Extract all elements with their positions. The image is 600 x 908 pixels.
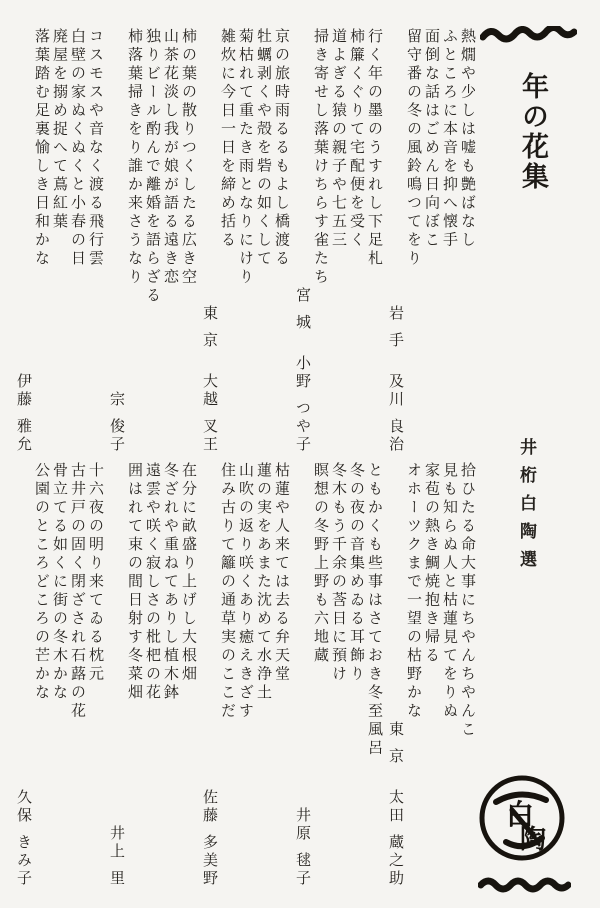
haiku-text: 公園のところどころの芒かな [32, 462, 50, 703]
haiku-text: 柿の葉の散りつくしたる広き空 [179, 28, 197, 287]
haiku-column: 白壁の家ぬくぬくと小春の日 [68, 28, 86, 456]
haiku-text: 牡蠣剥くや殻を砦の如くして [254, 28, 272, 269]
author-prefecture: 宮城 [294, 287, 310, 341]
haiku-text: 京の旅時雨るるもよし橋渡る [272, 28, 290, 269]
haiku-text: 冬の夜の音集めゐる耳飾り [347, 462, 365, 684]
haiku-column: 柿の葉の散りつくしたる広き空 [179, 28, 197, 456]
haiku-text: オホーツクまで一望の枯野かな [404, 462, 422, 721]
author-family-name: 及川 [387, 373, 403, 409]
haiku-column: 柿落葉掃きをり誰か来さうなり [125, 28, 143, 456]
haiku-text: ともかくも些事はさておき冬至風呂 [365, 462, 383, 758]
haiku-column: 行く年の墨のうすれし下足札 [365, 28, 383, 456]
haiku-column: 冬ざれや重ねてありし植木鉢 [161, 462, 179, 890]
haiku-column: 山茶花淡し我が娘が語る遠き恋 [161, 28, 179, 456]
haiku-column: 十六夜の明り来てゐる枕元 [86, 462, 104, 890]
seal-character-bottom: 陶 [520, 825, 546, 854]
haiku-text: 見も知らぬ人と枯蓮見てをりぬ [440, 462, 458, 721]
author-name: 宗俊子 [107, 391, 125, 456]
haiku-column: 瞑想の冬野上野も六地蔵 [311, 462, 329, 890]
author-column: 宮城小野つや子 [293, 28, 311, 456]
haiku-column: 冬の夜の音集めゐる耳飾り [347, 462, 365, 890]
haiku-band-bottom: 拾ひたる命大事にちやんちやんこ見も知らぬ人と枯蓮見てをりぬ家苞の熱き鯛焼抱き帰る… [10, 462, 476, 890]
author-family-name: 大越 [201, 373, 217, 409]
author-name: 久保きみ子 [14, 789, 32, 890]
author-given-name: きみ子 [15, 834, 31, 888]
haiku-text: 家苞の熱き鯛焼抱き帰る [422, 462, 440, 666]
haiku-text: 菊枯れて重たき雨となりにけり [236, 28, 254, 287]
haiku-text: 留守番の冬の風鈴鳴つてをり [404, 28, 422, 269]
author-name: 東京太田蔵之助 [386, 721, 404, 890]
haiku-text: 柿落葉掃きをり誰か来さうなり [125, 28, 143, 287]
haiku-column: 古井戸の固く閉ざされ石蕗の花 [68, 462, 86, 890]
haiku-text: 掃き寄せし落葉けちらす雀たち [311, 28, 329, 287]
haiku-text: 遠雲や咲く寂しさの枇杷の花 [143, 462, 161, 703]
haiku-column: 骨立てる如くに街の冬木かな [50, 462, 68, 890]
haiku-column: コスモスや音なく渡る飛行雲 [86, 28, 104, 456]
author-name: 井上里 [107, 825, 125, 890]
haiku-text: 道よぎる猿の親子や七五三 [329, 28, 347, 250]
magazine-page: 年の花集 井桁白陶選 白 陶 熱燗や少しは嘘も艶ばなしふところに本音を抑へ懐手面… [0, 0, 600, 908]
poet-group: 枯蓮や人来ては去る弁天堂蓮の実をあまた沈めて水浄土山吹の返り咲くあり癒えきざす住… [197, 462, 290, 890]
haiku-text: 在分に畝盛り上げし大根畑 [179, 462, 197, 684]
haiku-text: 冬ざれや重ねてありし植木鉢 [161, 462, 179, 703]
author-column: 東京太田蔵之助 [386, 462, 404, 890]
haiku-column: 冬木もう千余の莟日に預け [329, 462, 347, 890]
haiku-column: ともかくも些事はさておき冬至風呂 [365, 462, 383, 890]
author-family-name: 久保 [15, 789, 31, 825]
author-name: 東京大越叉王 [200, 305, 218, 456]
author-family-name: 伊藤 [15, 373, 31, 409]
author-given-name: 叉王 [201, 418, 217, 454]
haiku-column: 京の旅時雨るるもよし橋渡る [272, 28, 290, 456]
author-column: 井原毬子 [293, 462, 311, 890]
haiku-text: 独りビール酌んで離婚を語らざる [143, 28, 161, 306]
poet-group: 柿の葉の散りつくしたる広き空山茶花淡し我が娘が語る遠き恋独りビール酌んで離婚を語… [104, 28, 197, 456]
haiku-column: 遠雲や咲く寂しさの枇杷の花 [143, 462, 161, 890]
poet-group: 拾ひたる命大事にちやんちやんこ見も知らぬ人と枯蓮見てをりぬ家苞の熱き鯛焼抱き帰る… [383, 462, 476, 890]
haiku-column: 掃き寄せし落葉けちらす雀たち [311, 28, 329, 456]
haiku-text: 十六夜の明り来てゐる枕元 [86, 462, 104, 684]
author-column: 久保きみ子 [14, 462, 32, 890]
haiku-column: 面倒な話はごめん日向ぼこ [422, 28, 440, 456]
haiku-text: ふところに本音を抑へ懐手 [440, 28, 458, 250]
haiku-text: 古井戸の固く閉ざされ石蕗の花 [68, 462, 86, 721]
selector-name: 井桁白陶選 [514, 438, 539, 578]
haiku-text: 山茶花淡し我が娘が語る遠き恋 [161, 28, 179, 287]
haiku-column: 囲はれて束の間日射す冬菜畑 [125, 462, 143, 890]
haiku-text: 冬木もう千余の莟日に預け [329, 462, 347, 684]
haiku-text: 面倒な話はごめん日向ぼこ [422, 28, 440, 250]
author-family-name: 井上 [108, 825, 124, 861]
author-family-name: 佐藤 [201, 789, 217, 825]
haiku-column: 熱燗や少しは嘘も艶ばなし [458, 28, 476, 456]
haiku-text: 拾ひたる命大事にちやんちやんこ [458, 462, 476, 740]
haiku-column: 在分に畝盛り上げし大根畑 [179, 462, 197, 890]
haiku-column: 見も知らぬ人と枯蓮見てをりぬ [440, 462, 458, 890]
author-family-name: 太田 [387, 789, 403, 825]
haiku-column: 住み古りて籬の通草実のここだ [218, 462, 236, 890]
author-given-name: 俊子 [108, 418, 124, 454]
author-family-name: 宗 [108, 391, 124, 409]
haiku-column: 山吹の返り咲くあり癒えきざす [236, 462, 254, 890]
title-rail: 年の花集 井桁白陶選 白 陶 [478, 0, 600, 908]
bottom-wave-icon [478, 876, 571, 894]
author-given-name: 里 [108, 870, 124, 888]
haiku-column: 拾ひたる命大事にちやんちやんこ [458, 462, 476, 890]
haiku-text: 白壁の家ぬくぬくと小春の日 [68, 28, 86, 269]
author-given-name: 蔵之助 [387, 834, 403, 888]
haiku-text: 行く年の墨のうすれし下足札 [365, 28, 383, 269]
haiku-column: ふところに本音を抑へ懐手 [440, 28, 458, 456]
author-given-name: 毬子 [294, 852, 310, 888]
author-given-name: 雅允 [15, 418, 31, 454]
haiku-text: 山吹の返り咲くあり癒えきざす [236, 462, 254, 721]
author-column: 宗俊子 [107, 28, 125, 456]
haiku-column: 雑炊に今日一日を締め括る [218, 28, 236, 456]
page-title: 年の花集 [514, 72, 553, 192]
haiku-column: 蓮の実をあまた沈めて水浄土 [254, 462, 272, 890]
haiku-column: 落葉踏む足裏愉しき日和かな [32, 28, 50, 456]
author-name: 佐藤多美野 [200, 789, 218, 890]
haiku-text: 囲はれて束の間日射す冬菜畑 [125, 462, 143, 703]
author-prefecture: 岩手 [387, 305, 403, 359]
haiku-column: 柿簾くぐりて宅配便を受く [347, 28, 365, 456]
poet-group: ともかくも些事はさておき冬至風呂冬の夜の音集めゐる耳飾り冬木もう千余の莟日に預け… [290, 462, 383, 890]
haiku-column: 道よぎる猿の親子や七五三 [329, 28, 347, 456]
author-column: 伊藤雅允 [14, 28, 32, 456]
haiku-text: 雑炊に今日一日を締め括る [218, 28, 236, 250]
haiku-text: 住み古りて籬の通草実のここだ [218, 462, 236, 721]
author-column: 東京大越叉王 [200, 28, 218, 456]
poet-group: コスモスや音なく渡る飛行雲白壁の家ぬくぬくと小春の日廃屋を搦め捉へて蔦紅葉落葉踏… [11, 28, 104, 456]
author-given-name: つや子 [294, 400, 310, 454]
author-family-name: 小野 [294, 355, 310, 391]
author-name: 岩手及川良治 [386, 305, 404, 456]
haiku-text: 熱燗や少しは嘘も艶ばなし [458, 28, 476, 250]
author-name: 伊藤雅允 [14, 373, 32, 456]
haiku-column: 公園のところどころの芒かな [32, 462, 50, 890]
haiku-text: コスモスや音なく渡る飛行雲 [86, 28, 104, 269]
haiku-band-top: 熱燗や少しは嘘も艶ばなしふところに本音を抑へ懐手面倒な話はごめん日向ぼこ留守番の… [10, 28, 476, 456]
author-prefecture: 東京 [387, 721, 403, 775]
poet-group: 在分に畝盛り上げし大根畑冬ざれや重ねてありし植木鉢遠雲や咲く寂しさの枇杷の花囲は… [104, 462, 197, 890]
author-given-name: 良治 [387, 418, 403, 454]
author-family-name: 井原 [294, 807, 310, 843]
haiku-column: 家苞の熱き鯛焼抱き帰る [422, 462, 440, 890]
haiku-column: 留守番の冬の風鈴鳴つてをり [404, 28, 422, 456]
haiku-text: 落葉踏む足裏愉しき日和かな [32, 28, 50, 269]
author-column: 岩手及川良治 [386, 28, 404, 456]
haiku-text: 瞑想の冬野上野も六地蔵 [311, 462, 329, 666]
haiku-text: 骨立てる如くに街の冬木かな [50, 462, 68, 703]
author-column: 佐藤多美野 [200, 462, 218, 890]
author-column: 井上里 [107, 462, 125, 890]
haiku-column: 枯蓮や人来ては去る弁天堂 [272, 462, 290, 890]
poet-group: 熱燗や少しは嘘も艶ばなしふところに本音を抑へ懐手面倒な話はごめん日向ぼこ留守番の… [383, 28, 476, 456]
haiku-text: 柿簾くぐりて宅配便を受く [347, 28, 365, 250]
seal-icon: 白 陶 [476, 768, 568, 870]
poet-group: 行く年の墨のうすれし下足札柿簾くぐりて宅配便を受く道よぎる猿の親子や七五三掃き寄… [290, 28, 383, 456]
poet-group: 京の旅時雨るるもよし橋渡る牡蠣剥くや殻を砦の如くして菊枯れて重たき雨となりにけり… [197, 28, 290, 456]
haiku-column: 牡蠣剥くや殻を砦の如くして [254, 28, 272, 456]
haiku-text: 蓮の実をあまた沈めて水浄土 [254, 462, 272, 703]
haiku-column: 廃屋を搦め捉へて蔦紅葉 [50, 28, 68, 456]
haiku-text: 廃屋を搦め捉へて蔦紅葉 [50, 28, 68, 232]
haiku-text: 枯蓮や人来ては去る弁天堂 [272, 462, 290, 684]
top-wave-icon [480, 26, 577, 44]
poet-group: 十六夜の明り来てゐる枕元古井戸の固く閉ざされ石蕗の花骨立てる如くに街の冬木かな公… [11, 462, 104, 890]
author-name: 宮城小野つや子 [293, 287, 311, 456]
author-prefecture: 東京 [201, 305, 217, 359]
haiku-column: 菊枯れて重たき雨となりにけり [236, 28, 254, 456]
author-name: 井原毬子 [293, 807, 311, 890]
haiku-column: オホーツクまで一望の枯野かな [404, 462, 422, 890]
haiku-column: 独りビール酌んで離婚を語らざる [143, 28, 161, 456]
author-given-name: 多美野 [201, 834, 217, 888]
